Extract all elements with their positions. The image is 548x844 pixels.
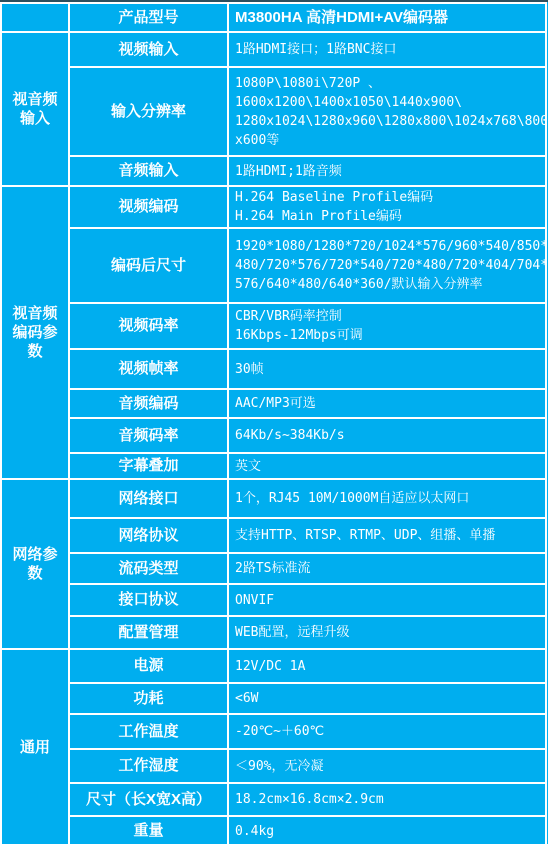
table-row: 字幕叠加 英文 [1,453,546,479]
spec-label-stream-type: 流码类型 [69,553,228,584]
table-row: 编码后尺寸 1920*1080/1280*720/1024*576/960*54… [1,228,546,303]
table-row: 接口协议 ONVIF [1,584,546,616]
spec-value-video-encoding: H.264 Baseline Profile编码 H.264 Main Prof… [228,186,546,228]
group-cell-network-params: 网络参 数 [1,479,69,649]
table-row: 网络参 数 网络接口 1个，RJ45 10M/1000M自适应以太网口 [1,479,546,518]
table-row: 音频码率 64Kb/s~384Kb/s [1,418,546,453]
spec-value-audio-bitrate: 64Kb/s~384Kb/s [228,418,546,453]
spec-value-audio-encoding: AAC/MP3可选 [228,389,546,418]
spec-label-network-interface: 网络接口 [69,479,228,518]
spec-value-dimensions: 18.2cm×16.8cm×2.9cm [228,783,546,816]
group-cell-encoding-params: 视音频 编码参 数 [1,186,69,479]
table-row: 音频编码 AAC/MP3可选 [1,389,546,418]
spec-value-interface-protocol: ONVIF [228,584,546,616]
section-header: 产品型号 M3800HA 高清HDMI+AV编码器 [1,3,546,32]
spec-value-encoded-size: 1920*1080/1280*720/1024*576/960*540/850*… [228,228,546,303]
group-cell-general: 通用 [1,649,69,844]
spec-value-audio-input: 1路HDMI;1路音频 [228,156,546,186]
spec-label-video-framerate: 视频帧率 [69,349,228,389]
spec-label-power-consumption: 功耗 [69,683,228,714]
spec-label-video-encoding: 视频编码 [69,186,228,228]
spec-label-audio-input: 音频输入 [69,156,228,186]
header-row: 产品型号 M3800HA 高清HDMI+AV编码器 [1,3,546,32]
table-row: 工作温度 -20℃~＋60℃ [1,714,546,749]
spec-label-video-bitrate: 视频码率 [69,303,228,349]
table-row: 通用 电源 12V/DC 1A [1,649,546,683]
table-row: 功耗 <6W [1,683,546,714]
spec-value-weight: 0.4kg [228,816,546,844]
product-model-label: 产品型号 [69,3,228,32]
spec-value-subtitle-overlay: 英文 [228,453,546,479]
spec-label-config-management: 配置管理 [69,616,228,649]
spec-value-network-interface: 1个，RJ45 10M/1000M自适应以太网口 [228,479,546,518]
spec-value-power: 12V/DC 1A [228,649,546,683]
table-row: 网络协议 支持HTTP、RTSP、RTMP、UDP、组播、单播 [1,518,546,553]
spec-label-subtitle-overlay: 字幕叠加 [69,453,228,479]
spec-label-input-resolution: 输入分辨率 [69,67,228,156]
table-row: 音频输入 1路HDMI;1路音频 [1,156,546,186]
group-cell-video-audio-input: 视音频 输入 [1,32,69,186]
product-model-value: M3800HA 高清HDMI+AV编码器 [228,3,546,32]
table-row: 视频码率 CBR/VBR码率控制 16Kbps-12Mbps可调 [1,303,546,349]
section-video-audio-input: 视音频 输入 视频输入 1路HDMI接口；1路BNC接口 输入分辨率 1080P… [1,32,546,186]
spec-label-operating-humidity: 工作湿度 [69,749,228,783]
section-encoding-params: 视音频 编码参 数 视频编码 H.264 Baseline Profile编码 … [1,186,546,479]
spec-label-weight: 重量 [69,816,228,844]
spec-label-audio-bitrate: 音频码率 [69,418,228,453]
spec-label-network-protocol: 网络协议 [69,518,228,553]
table-row: 视音频 输入 视频输入 1路HDMI接口；1路BNC接口 [1,32,546,67]
spec-label-interface-protocol: 接口协议 [69,584,228,616]
spec-value-config-management: WEB配置，远程升级 [228,616,546,649]
spec-value-video-framerate: 30帧 [228,349,546,389]
spec-value-operating-temperature: -20℃~＋60℃ [228,714,546,749]
spec-label-operating-temperature: 工作温度 [69,714,228,749]
header-empty-cell [1,3,69,32]
spec-label-encoded-size: 编码后尺寸 [69,228,228,303]
spec-value-power-consumption: <6W [228,683,546,714]
table-row: 输入分辨率 1080P\1080i\720P 、 1600x1200\1400x… [1,67,546,156]
table-row: 重量 0.4kg [1,816,546,844]
table-row: 工作湿度 ＜90%，无冷凝 [1,749,546,783]
spec-value-stream-type: 2路TS标准流 [228,553,546,584]
spec-value-video-bitrate: CBR/VBR码率控制 16Kbps-12Mbps可调 [228,303,546,349]
table-row: 配置管理 WEB配置，远程升级 [1,616,546,649]
table-row: 视频帧率 30帧 [1,349,546,389]
spec-label-audio-encoding: 音频编码 [69,389,228,418]
spec-value-input-resolution: 1080P\1080i\720P 、 1600x1200\1400x1050\1… [228,67,546,156]
table-row: 视音频 编码参 数 视频编码 H.264 Baseline Profile编码 … [1,186,546,228]
section-network-params: 网络参 数 网络接口 1个，RJ45 10M/1000M自适应以太网口 网络协议… [1,479,546,649]
product-spec-table: 产品型号 M3800HA 高清HDMI+AV编码器 视音频 输入 视频输入 1路… [0,2,547,844]
spec-value-network-protocol: 支持HTTP、RTSP、RTMP、UDP、组播、单播 [228,518,546,553]
spec-label-video-input: 视频输入 [69,32,228,67]
spec-label-power: 电源 [69,649,228,683]
spec-label-dimensions: 尺寸（长X宽X高） [69,783,228,816]
spec-value-operating-humidity: ＜90%，无冷凝 [228,749,546,783]
spec-value-video-input: 1路HDMI接口；1路BNC接口 [228,32,546,67]
table-row: 流码类型 2路TS标准流 [1,553,546,584]
table-row: 尺寸（长X宽X高） 18.2cm×16.8cm×2.9cm [1,783,546,816]
section-general: 通用 电源 12V/DC 1A 功耗 <6W 工作温度 -20℃~＋60℃ 工作… [1,649,546,844]
